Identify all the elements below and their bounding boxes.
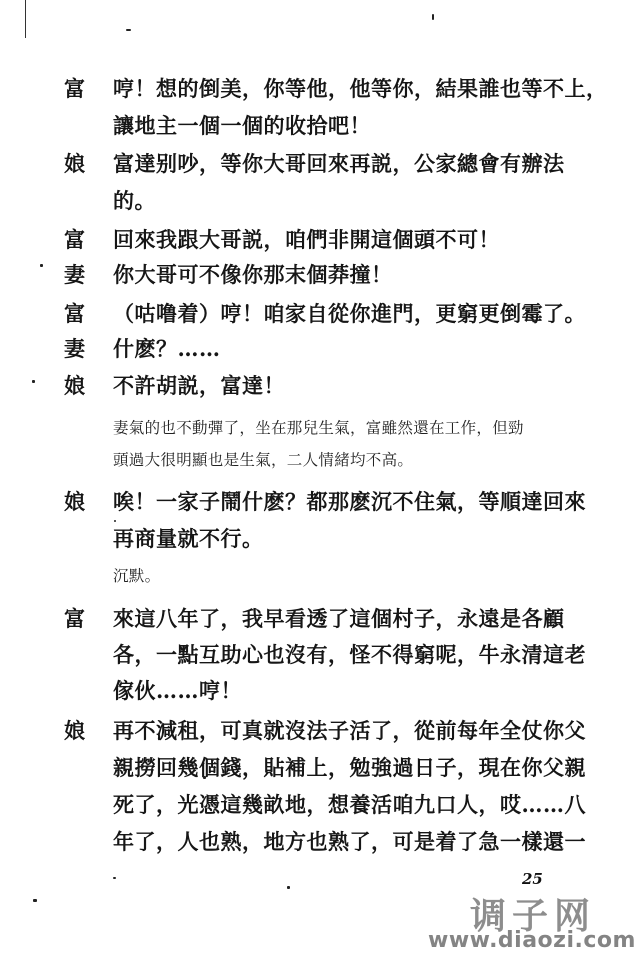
watermark-url: www.diaozi.com (428, 928, 636, 953)
scan-artifact-speck (114, 520, 116, 522)
speaker-label: 富 (64, 77, 85, 101)
dialogue-line: 傢伙……哼！ (113, 679, 242, 703)
scan-artifact-speck (126, 29, 131, 31)
dialogue-line: 親撈回幾個錢，貼補上，勉強過日子，現在你父親 (113, 756, 586, 780)
dialogue-line: 富達别吵，等你大哥回來再説，公家總會有辦法 (113, 152, 565, 176)
speaker-label: 娘 (64, 152, 85, 176)
stage-direction: 沉默。 (113, 566, 160, 586)
stage-direction: 頭過大很明顯也是生氣，二人情緒均不高。 (113, 450, 413, 470)
dialogue-line: 不許胡説，富達！ (113, 374, 285, 398)
scan-artifact-speck (33, 899, 37, 902)
dialogue-line: （咕噜着）哼！咱家自從你進門，更窮更倒霉了。 (113, 302, 586, 326)
book-page: 富 哼！想的倒美，你等他，他等你，結果誰也等不上， 讓地主一個一個的收拾吧！ 娘… (0, 0, 640, 961)
dialogue-line: 再商量就不行。 (113, 527, 264, 551)
scan-artifact-speck (203, 776, 206, 779)
dialogue-line: 什麽？…… (113, 337, 221, 361)
dialogue-line: 哼！想的倒美，你等他，他等你，結果誰也等不上， (113, 77, 608, 101)
dialogue-line: 年了，人也熟，地方也熟了，可是着了急一樣還一 (113, 830, 586, 854)
page-number: 25 (522, 870, 543, 888)
speaker-label: 富 (64, 302, 85, 326)
dialogue-line: 回來我跟大哥説，咱們非開這個頭不可！ (113, 228, 500, 252)
scan-artifact-speck (32, 380, 35, 383)
scan-artifact-speck (40, 264, 43, 267)
dialogue-line: 來這八年了，我早看透了這個村子，永遠是各顧 (113, 607, 565, 631)
scan-artifact-speck (113, 877, 116, 879)
dialogue-line: 讓地主一個一個的收拾吧！ (113, 114, 371, 138)
dialogue-line: 的。 (113, 189, 156, 213)
dialogue-line: 唉！一家子鬧什麽？都那麽沉不住氣，等順達回來 (113, 490, 586, 514)
stage-direction: 妻氣的也不動彈了，坐在那兒生氣，富雖然還在工作，但勁 (113, 418, 524, 438)
speaker-label: 富 (64, 607, 85, 631)
speaker-label: 妻 (64, 337, 85, 361)
speaker-label: 富 (64, 228, 85, 252)
speaker-label: 妻 (64, 263, 85, 287)
dialogue-line: 你大哥可不像你那末個莽撞！ (113, 263, 393, 287)
speaker-label: 娘 (64, 374, 85, 398)
dialogue-line: 各，一點互助心也沒有，怪不得窮呢，牛永清這老 (113, 643, 586, 667)
scan-artifact-line (25, 0, 26, 38)
dialogue-line: 再不減租，可真就沒法子活了，從前每年全仗你父 (113, 719, 586, 743)
scan-artifact-speck (287, 886, 290, 889)
dialogue-line: 死了，光憑這幾畝地，想養活咱九口人，哎……八 (113, 793, 586, 817)
speaker-label: 娘 (64, 490, 85, 514)
speaker-label: 娘 (64, 719, 85, 743)
scan-artifact-speck (432, 14, 434, 20)
